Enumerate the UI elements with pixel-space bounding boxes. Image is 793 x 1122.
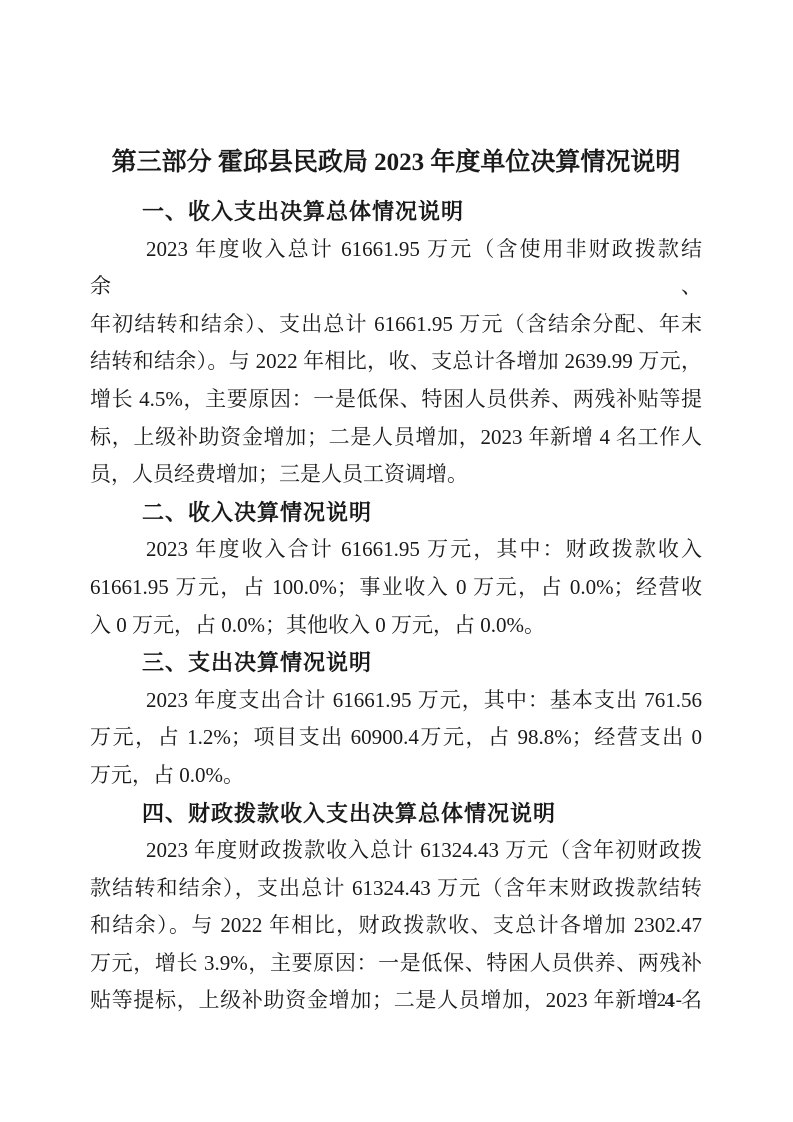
paragraph-line: 年初结转和结余）、支出总计 61661.95 万元（含结余分配、年末 xyxy=(90,306,702,344)
paragraph-line: 万元，增长 3.9%，主要原因：一是低保、特困人员供养、两残补 xyxy=(90,945,702,983)
paragraph-line: 2023 年度收入合计 61661.95 万元，其中：财政拨款收入 xyxy=(90,531,702,569)
paragraph-line: 标，上级补助资金增加；二是人员增加，2023 年新增 4 名工作人 xyxy=(90,419,702,457)
page-number: -21- xyxy=(650,990,682,1012)
paragraph-line: 和结余）。与 2022 年相比，财政拨款收、支总计各增加 2302.47 xyxy=(90,907,702,945)
section-2-heading: 二、收入决算情况说明 xyxy=(90,494,702,532)
paragraph-line: 款结转和结余），支出总计 61324.43 万元（含年末财政拨款结转 xyxy=(90,870,702,908)
paragraph-line: 增长 4.5%，主要原因：一是低保、特困人员供养、两残补贴等提 xyxy=(90,381,702,419)
section-4-heading: 四、财政拨款收入支出决算总体情况说明 xyxy=(90,795,702,833)
paragraph-line: 61661.95 万元，占 100.0%；事业收入 0 万元，占 0.0%；经营… xyxy=(90,569,702,607)
paragraph-line: 万元，占 1.2%；项目支出 60900.4万元，占 98.8%；经营支出 0 xyxy=(90,719,702,757)
paragraph-line: 2023 年度收入总计 61661.95 万元（含使用非财政拨款结余、 xyxy=(90,231,702,306)
paragraph-line: 贴等提标，上级补助资金增加；二是人员增加，2023 年新增 4 名 xyxy=(90,982,702,1020)
paragraph-line: 万元，占 0.0%。 xyxy=(90,757,702,795)
paragraph-line: 结转和结余）。与 2022 年相比，收、支总计各增加 2639.99 万元， xyxy=(90,343,702,381)
section-1-heading: 一、收入支出决算总体情况说明 xyxy=(90,193,702,231)
section-3-heading: 三、支出决算情况说明 xyxy=(90,644,702,682)
paragraph-line: 2023 年度财政拨款收入总计 61324.43 万元（含年初财政拨 xyxy=(90,832,702,870)
document-title: 第三部分 霍邱县民政局 2023 年度单位决算情况说明 xyxy=(90,146,702,180)
document-page: 第三部分 霍邱县民政局 2023 年度单位决算情况说明 一、收入支出决算总体情况… xyxy=(0,0,793,1122)
paragraph-line: 入 0 万元，占 0.0%；其他收入 0 万元，占 0.0%。 xyxy=(90,607,702,645)
paragraph-line: 2023 年度支出合计 61661.95 万元，其中：基本支出 761.56 xyxy=(90,682,702,720)
document-content: 第三部分 霍邱县民政局 2023 年度单位决算情况说明 一、收入支出决算总体情况… xyxy=(90,146,702,1020)
paragraph-line: 员，人员经费增加；三是人员工资调增。 xyxy=(90,456,702,494)
